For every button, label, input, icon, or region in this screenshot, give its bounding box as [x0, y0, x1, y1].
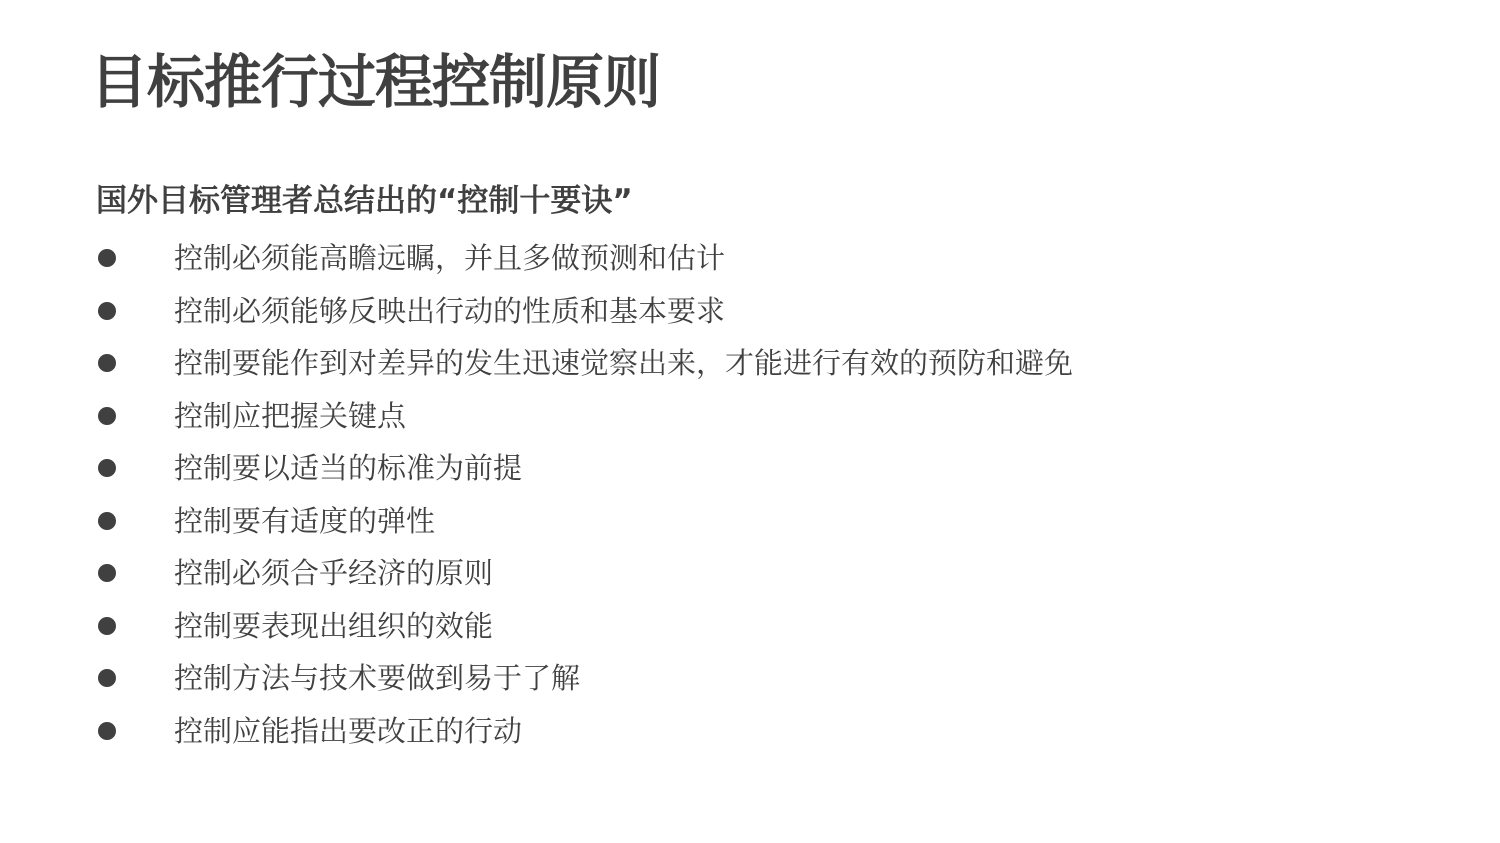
list-item: 控制应把握关键点 — [96, 390, 1073, 443]
list-item: 控制应能指出要改正的行动 — [96, 705, 1073, 758]
list-item: 控制必须能够反映出行动的性质和基本要求 — [96, 285, 1073, 338]
list-item-text: 控制要能作到对差异的发生迅速觉察出来，才能进行有效的预防和避免 — [174, 343, 1073, 383]
list-item: 控制要能作到对差异的发生迅速觉察出来，才能进行有效的预防和避免 — [96, 337, 1073, 390]
bullet-icon — [98, 459, 116, 477]
control-principles-list: 控制必须能高瞻远瞩，并且多做预测和估计 控制必须能够反映出行动的性质和基本要求 … — [96, 232, 1073, 757]
list-item: 控制要表现出组织的效能 — [96, 600, 1073, 653]
bullet-icon — [98, 249, 116, 267]
list-item-text: 控制方法与技术要做到易于了解 — [174, 658, 580, 698]
bullet-icon — [98, 354, 116, 372]
list-item: 控制必须合乎经济的原则 — [96, 547, 1073, 600]
list-item-text: 控制必须合乎经济的原则 — [174, 553, 493, 593]
list-item-text: 控制要表现出组织的效能 — [174, 606, 493, 646]
list-item: 控制要以适当的标准为前提 — [96, 442, 1073, 495]
list-item: 控制方法与技术要做到易于了解 — [96, 652, 1073, 705]
slide-subtitle: 国外目标管理者总结出的“控制十要诀” — [96, 180, 633, 222]
list-item-text: 控制必须能够反映出行动的性质和基本要求 — [174, 291, 725, 331]
bullet-icon — [98, 302, 116, 320]
bullet-icon — [98, 512, 116, 530]
list-item-text: 控制应能指出要改正的行动 — [174, 711, 522, 751]
list-item: 控制要有适度的弹性 — [96, 495, 1073, 548]
bullet-icon — [98, 669, 116, 687]
bullet-icon — [98, 617, 116, 635]
list-item: 控制必须能高瞻远瞩，并且多做预测和估计 — [96, 232, 1073, 285]
list-item-text: 控制要有适度的弹性 — [174, 501, 435, 541]
bullet-icon — [98, 722, 116, 740]
slide-title: 目标推行过程控制原则 — [90, 48, 660, 116]
bullet-icon — [98, 407, 116, 425]
list-item-text: 控制要以适当的标准为前提 — [174, 448, 522, 488]
bullet-icon — [98, 564, 116, 582]
list-item-text: 控制必须能高瞻远瞩，并且多做预测和估计 — [174, 238, 725, 278]
list-item-text: 控制应把握关键点 — [174, 396, 406, 436]
